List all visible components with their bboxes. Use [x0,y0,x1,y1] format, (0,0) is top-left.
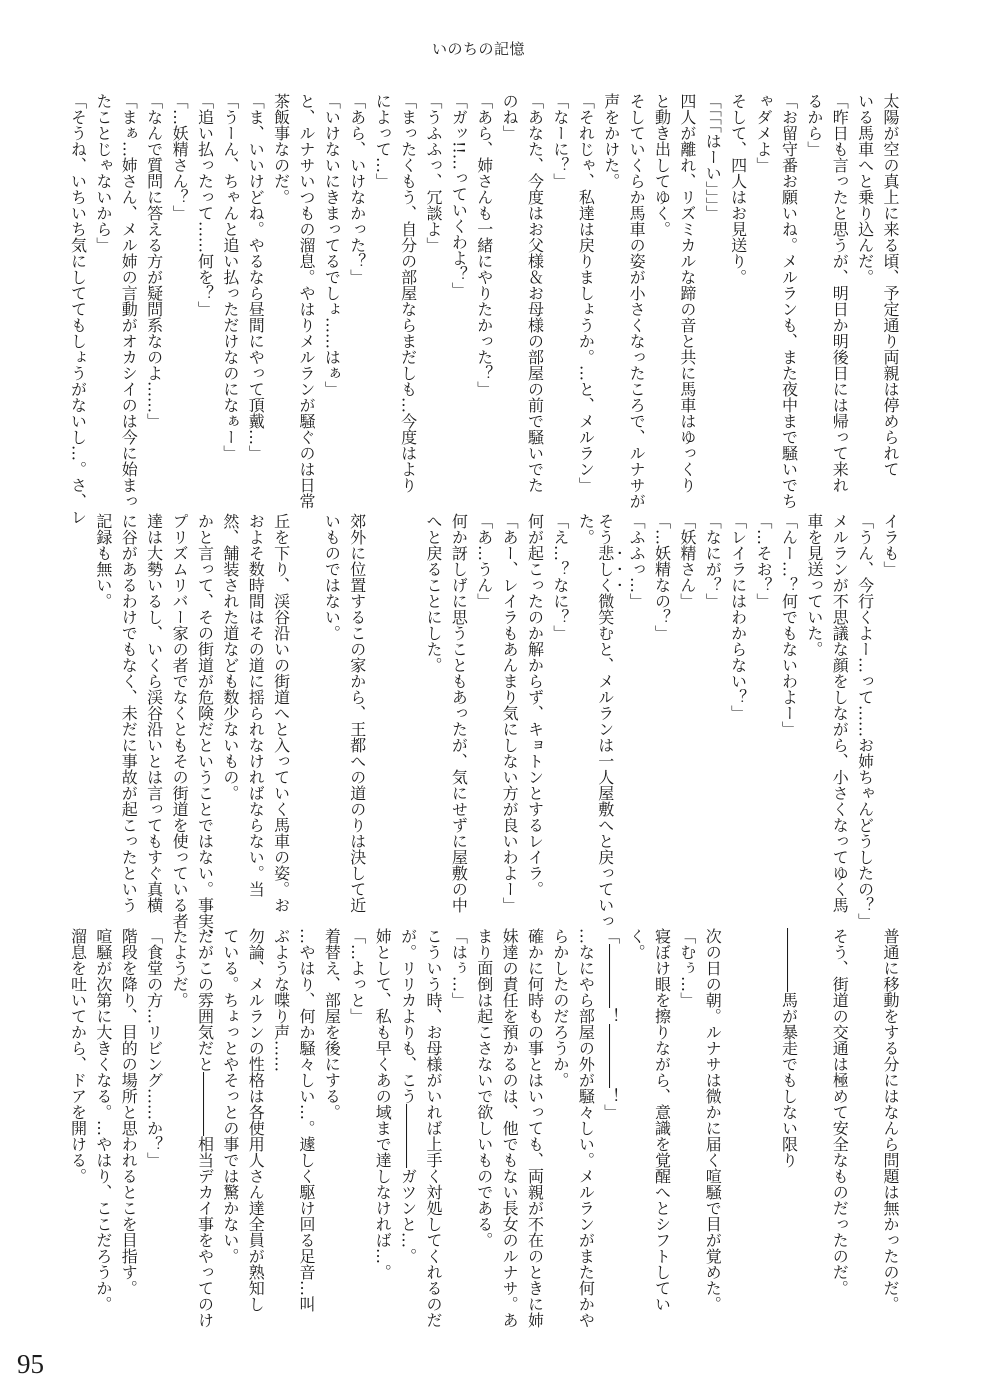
text-line: 妹達の責任を預かるのは、他でもない長女のルナサ。あ [497,928,522,1320]
blank-line [751,928,776,1320]
text-line: ――――馬が暴走でもしない限り [776,928,801,1320]
text-line: 「…よっと」 [344,928,369,1320]
text-line: 「まぁ…姉さん、メル姉の言動がオカシイのは今に始まっ [116,93,141,485]
running-header-title: いのちの記憶 [432,40,525,58]
blank-line [801,928,826,1320]
text-line: そしていくらか馬車の姿が小さくなったころで、ルナサが [624,93,649,485]
text-line: 四人が離れ、リズミカルな蹄の音と共に馬車はゆっくり [674,93,699,485]
text-line: 「あー、レイラもあんまり気にしない方が良いわよー」 [497,513,522,905]
text-segment: 微笑むと、メルランは一人屋敷へと戻っていっ [596,593,615,929]
text-line: たことじゃないから」 [91,93,116,485]
text-line: 階段を降り、目的の場所と思われるとこを目指す。 [116,928,141,1320]
text-line: 達は大勢いるし、いくら渓谷沿いとは言ってもすぐ真横 [141,513,166,905]
text-line: 「そうね、いちいち気にしててもしょうがないし…。さ、レ [65,93,90,485]
text-line: プリズムリバー家の者でなくともその街道を使っている者 [167,513,192,905]
text-line: と動き出してゆく。 [649,93,674,485]
text-line: 「…妖精さん？」 [167,93,192,485]
text-line: かと言って、その街道が危険だということではない。事実、 [192,513,217,905]
blank-line [294,513,319,905]
text-line: 「あら、いけなかった？」 [344,93,369,485]
text-line: およそ数時間はその道に揺られなければならない。当 [243,513,268,905]
text-line: ている。ちょっとやそっとの事では驚かない。 [217,928,242,1320]
text-line: 茶飯事なのだ。 [268,93,293,485]
text-line: 「――――！――――！」 [598,928,623,1320]
text-line: 何か訝しげに思うこともあったが、気にせずに屋敷の中 [446,513,471,905]
text-line: 「はぅ…」 [446,928,471,1320]
text-line: 郊外に位置するこの家から、王都への道のりは決して近 [344,513,369,905]
text-line: 記録も無い。 [91,513,116,905]
text-line: 「それじゃ、私達は戻りましょうか。…と、メルラン」 [573,93,598,485]
text-line: 車を見送っていた。 [801,513,826,905]
text-line: 然、舗装された道なども数少ないもの。 [217,513,242,905]
text-line: 喧騒が次第に大きくなる。…やはり、ここだろうか。 [91,928,116,1320]
text-line: 「むぅ…」 [674,928,699,1320]
text-line: 「なにが？」 [700,513,725,905]
text-line: るから」 [801,93,826,485]
text-line: 「なーに？」 [548,93,573,485]
text-line: 「「「「はーい」」」」 [700,93,725,485]
text-line: 「ま、いいけどね。やるなら昼間にやって頂戴…」 [243,93,268,485]
text-tier-3: 普通に移動をする分にはなんら問題は無かったのだ。 そう、街道の交通は極めて安全な… [65,928,903,1320]
text-line: ぶような喋り声…… [268,928,293,1320]
text-line: 声をかけた。 [598,93,623,485]
text-line: …やはり、何か騒々しい…。遽しく駆け回る足音…叫 [294,928,319,1320]
text-line: ゃダメよ」 [751,93,776,485]
text-line: 「まったくもう、自分の部屋ならまだしも…今度はより [395,93,420,485]
text-segment: そう [596,513,615,545]
text-tier-1: 太陽が空の真上に来る頃、予定通り両親は停められて いる馬車へと乗り込んだ。 「昨… [65,93,903,485]
text-line: 「追い払ったって……何を？」 [192,93,217,485]
text-line: 着替え、部屋を後にする。 [319,928,344,1320]
text-tier-2: イラも」 「うん、今行くよー…って……お姉ちゃんどうしたの？」 メルランが不思議… [91,513,904,905]
text-line: が。リリカよりも、こう――――ガツンと…。 [395,928,420,1320]
text-line: 「妖精さん」 [674,513,699,905]
blank-line [370,513,395,905]
text-line: 「レイラにはわからない？」 [725,513,750,905]
text-line: こういう時、お母様がいれば上手く対処してくれるのだ [421,928,446,1320]
text-line: 「うーん、ちゃんと追い払っただけなのになぁー」 [217,93,242,485]
text-line: そして、四人はお見送り。 [725,93,750,485]
text-line: と、ルナサいつもの溜息。やはりメルランが騒ぐのは日常 [294,93,319,485]
text-line: 太陽が空の真上に来る頃、予定通り両親は停められて [878,93,903,485]
text-line: 次の日の朝。ルナサは微かに届く喧騒で目が覚めた。 [700,928,725,1320]
text-line: 「うん、今行くよー…って……お姉ちゃんどうしたの？」 [852,513,877,905]
text-line: たようだ。 [167,928,192,1320]
text-line: 「あら、姉さんも一緒にやりたかった？」 [471,93,496,485]
text-line: によって…」 [370,93,395,485]
text-line: 「あ…うん」 [471,513,496,905]
text-line: いものではない。 [319,513,344,905]
text-line: らかしたのだろうか。 [548,928,573,1320]
text-line: 「なんで質問に答える方が疑問系なのよ……」 [141,93,166,485]
text-line: 「…そお？」 [751,513,776,905]
text-line: 「え…？なに？」 [548,513,573,905]
text-line: だがこの雰囲気だと――――相当デカイ事をやってのけ [192,928,217,1320]
text-line: 普通に移動をする分にはなんら問題は無かったのだ。 [878,928,903,1320]
text-line: 寝ぼけ眼を擦りながら、意識を覚醒へとシフトしてい [649,928,674,1320]
text-line: 確かに何時もの事とはいっても、両親が不在のときに姉 [522,928,547,1320]
text-line: 溜息を吐いてから、ドアを開ける。 [65,928,90,1320]
text-line: 何が起こったのか解からず、キョトンとするレイラ。 [522,513,547,905]
text-line-with-emphasis: そう悲しく微笑むと、メルランは一人屋敷へと戻っていっ [598,513,623,905]
text-line: 「…妖精なの？」 [649,513,674,905]
text-line: 「昨日も言ったと思うが、明日か明後日には帰って来れ [827,93,852,485]
text-line: 「うふふっ、冗談よ」 [421,93,446,485]
text-line: に谷があるわけでもなく、未だに事故が起こったという [116,513,141,905]
text-line: メルランが不思議な顔をしながら、小さくなってゆく馬 [827,513,852,905]
blank-line [725,928,750,1320]
text-line: 「ガッ!!…っていくわよ？」 [446,93,471,485]
text-line: そう、街道の交通は極めて安全なものだったのだ。 [827,928,852,1320]
text-line: 「食堂の方…リビング……か？」 [141,928,166,1320]
emphasis-dots-text: 悲しく [596,545,615,593]
page-number: 95 [17,1349,44,1379]
text-line: 「んー…？何でもないわよー」 [776,513,801,905]
text-line: …なにやら部屋の外が騒々しい。メルランがまた何かや [573,928,598,1320]
text-line: 勿論、メルランの性格は各使用人さん達全員が熟知し [243,928,268,1320]
text-line: いる馬車へと乗り込んだ。 [852,93,877,485]
text-line: 「あなた、今度はお父様＆お母様の部屋の前で騒いでた [522,93,547,485]
text-line: のね」 [497,93,522,485]
text-line: 姉として、私も早くあの域まで達しなければ…。 [370,928,395,1320]
text-line: 「ふふっ…」 [624,513,649,905]
text-line: イラも」 [878,513,903,905]
text-line: 丘を下り、渓谷沿いの街道へと入っていく馬車の姿。お [268,513,293,905]
text-line: 「いけないにきまってるでしょ……はぁ」 [319,93,344,485]
text-line: まり面倒は起こさないで欲しいものである。 [471,928,496,1320]
blank-line [395,513,420,905]
text-line: く。 [624,928,649,1320]
text-line: へと戻ることにした。 [421,513,446,905]
blank-line [852,928,877,1320]
text-line: 「お留守番お願いね。メルランも、また夜中まで騒いでち [776,93,801,485]
